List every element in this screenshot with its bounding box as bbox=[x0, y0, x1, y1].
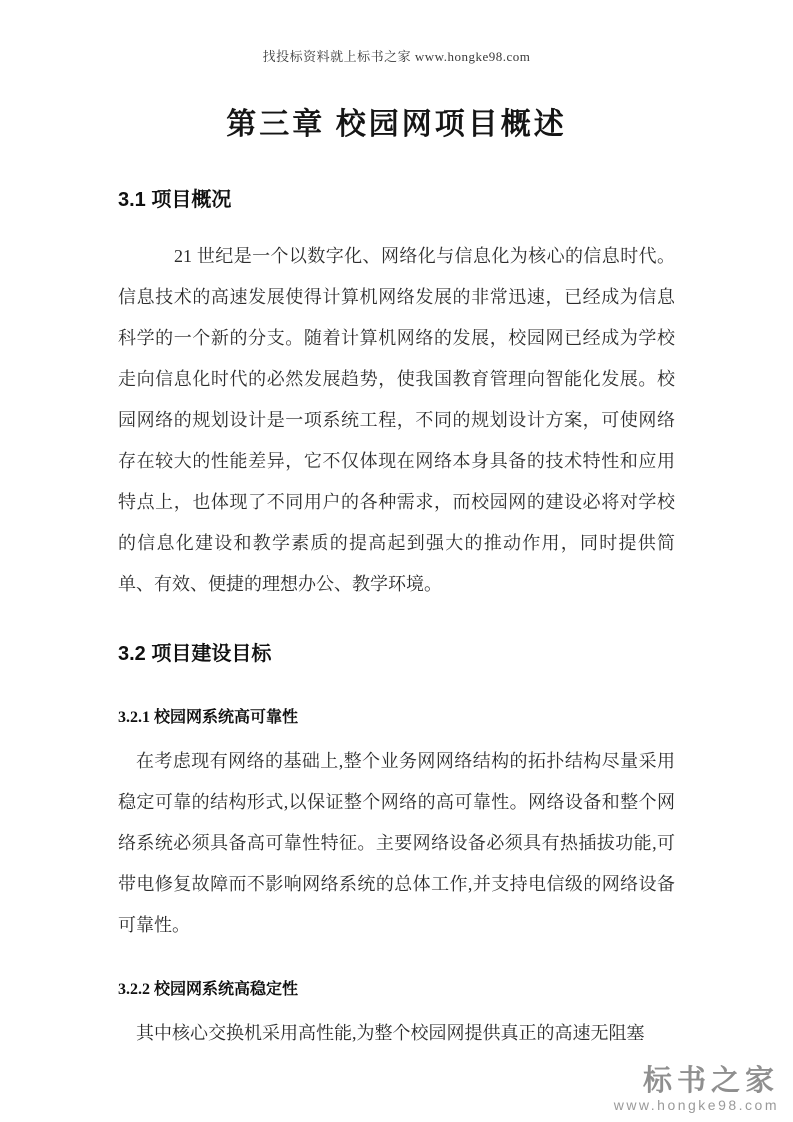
header-site-note: 找投标资料就上标书之家 www.hongke98.com bbox=[118, 0, 675, 65]
watermark-logo-text: 标书之家 bbox=[614, 1066, 779, 1096]
subsection-heading-3-2-1: 3.2.1 校园网系统高可靠性 bbox=[118, 704, 675, 727]
section-heading-3-2: 3.2 项目建设目标 bbox=[118, 637, 675, 666]
site-watermark: 标书之家 www.hongke98.com bbox=[614, 1066, 779, 1114]
paragraph-3-2-2: 其中核心交换机采用高性能,为整个校园网提供真正的高速无阻塞 bbox=[118, 1013, 675, 1054]
section-heading-3-1: 3.1 项目概况 bbox=[118, 183, 675, 212]
document-content: 找投标资料就上标书之家 www.hongke98.com 第三章 校园网项目概述… bbox=[0, 0, 793, 1054]
paragraph-3-2-1: 在考虑现有网络的基础上,整个业务网网络结构的拓扑结构尽量采用稳定可靠的结构形式,… bbox=[118, 741, 675, 946]
subsection-heading-3-2-2: 3.2.2 校园网系统高稳定性 bbox=[118, 976, 675, 999]
paragraph-3-1: 21 世纪是一个以数字化、网络化与信息化为核心的信息时代。信息技术的高速发展使得… bbox=[118, 236, 675, 605]
watermark-url: www.hongke98.com bbox=[614, 1096, 779, 1114]
document-page: 找投标资料就上标书之家 www.hongke98.com 第三章 校园网项目概述… bbox=[0, 0, 793, 1122]
chapter-title: 第三章 校园网项目概述 bbox=[118, 99, 675, 143]
